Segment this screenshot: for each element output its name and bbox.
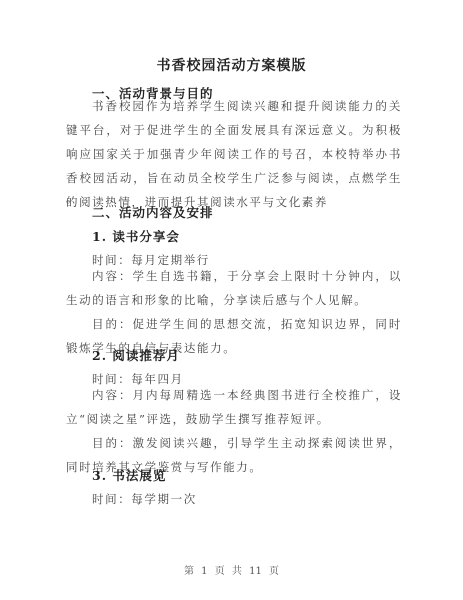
document-page: 书香校园活动方案模版 一、活动背景与目的 书香校园作为培养学生阅读兴趣和提升阅读… bbox=[0, 0, 463, 600]
section-heading-content: 二、活动内容及安排 bbox=[92, 203, 214, 221]
item-content-book-sharing: 内容：学生自选书籍，于分享会上限时十分钟内，以生动的语言和形象的比喻，分享读后感… bbox=[66, 264, 402, 312]
page-footer: 第 1 页 共 11 页 bbox=[0, 562, 463, 577]
item-content-reading-month: 内容：月内每周精选一本经典图书进行全校推广，设立“阅读之星”评选，鼓励学生撰写推… bbox=[66, 383, 402, 431]
item-time-calligraphy: 时间：每学期一次 bbox=[92, 491, 197, 507]
document-title: 书香校园活动方案模版 bbox=[0, 55, 463, 75]
item-heading-reading-month: 2. 阅读推荐月 bbox=[92, 346, 180, 364]
item-heading-calligraphy: 3. 书法展览 bbox=[92, 466, 166, 484]
item-heading-book-sharing: 1. 读书分享会 bbox=[92, 227, 180, 245]
